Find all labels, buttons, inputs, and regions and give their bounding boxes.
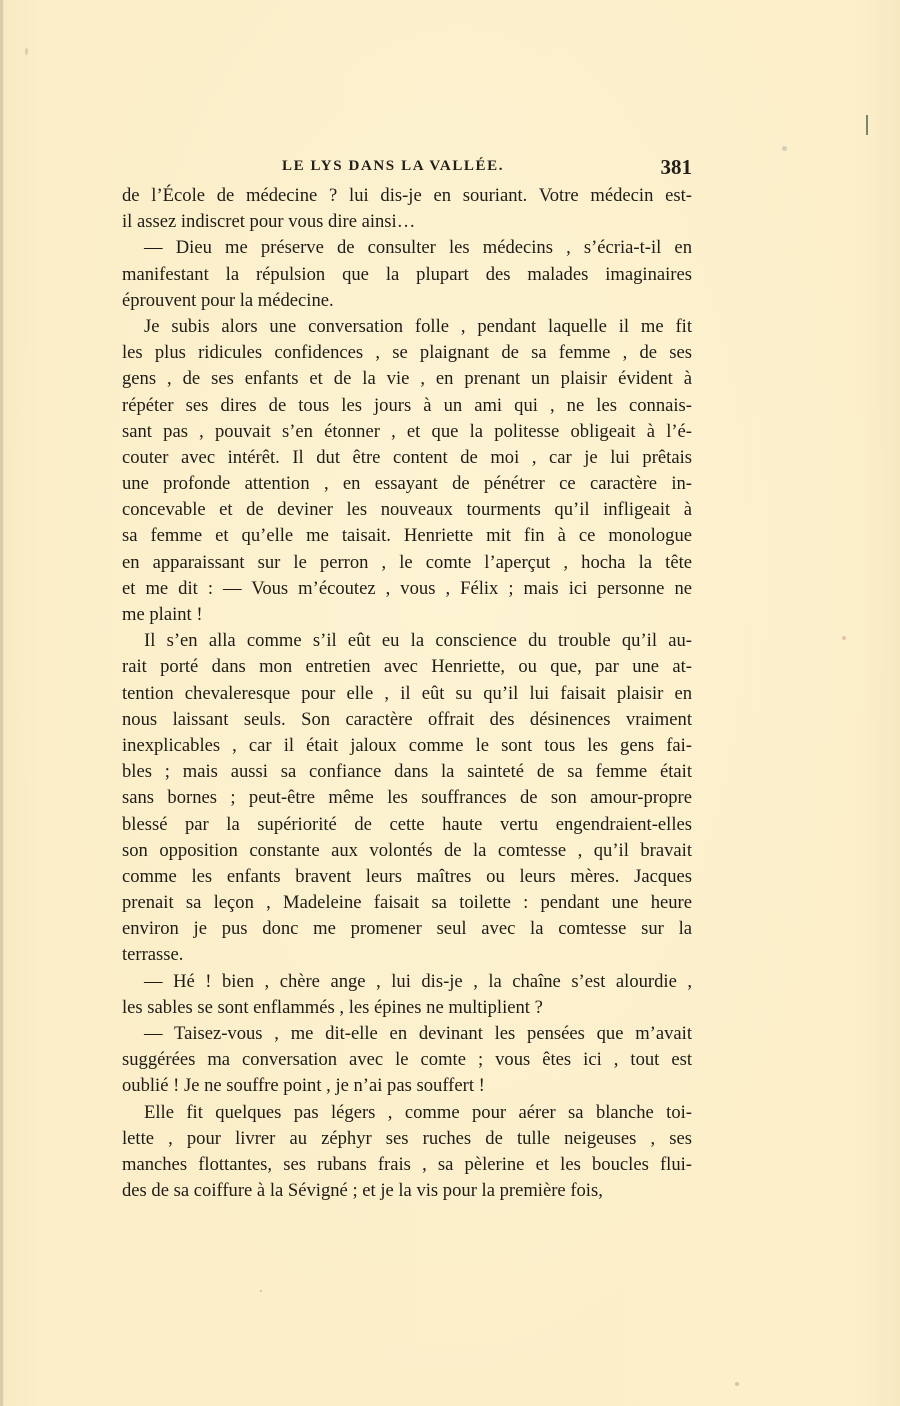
text-line: blessé par la supériorité de cette haute… [122,812,692,838]
text-line: — Hé ! bien , chère ange , lui dis-je , … [122,969,692,995]
text-line: et me dit : — Vous m’écoutez , vous , Fé… [122,576,692,602]
text-line: son opposition constante aux volontés de… [122,838,692,864]
text-line: éprouvent pour la médecine. [122,288,692,314]
text-line: il assez indiscret pour vous dire ainsi… [122,209,692,235]
text-line: nous laissant seuls. Son caractère offra… [122,707,692,733]
text-line: Je subis alors une conversation folle , … [122,314,692,340]
text-line: bles ; mais aussi sa confiance dans la s… [122,759,692,785]
text-line: une profonde attention , en essayant de … [122,471,692,497]
text-line: prenait sa leçon , Madeleine faisait sa … [122,890,692,916]
paragraph: — Taisez-vous , me dit-elle en devinant … [122,1021,692,1100]
text-line: lette , pour livrer au zéphyr ses ruches… [122,1126,692,1152]
text-line: sans bornes ; peut-être même les souffra… [122,785,692,811]
paragraph: Il s’en alla comme s’il eût eu la consci… [122,628,692,968]
text-line: manifestant la répulsion que la plupart … [122,262,692,288]
text-line: répéter ses dires de tous les jours à un… [122,393,692,419]
text-line: — Taisez-vous , me dit-elle en devinant … [122,1021,692,1047]
text-line: sant pas , pouvait s’en étonner , et que… [122,419,692,445]
paper-speck [782,146,787,151]
text-line: les sables se sont enflammés , les épine… [122,995,692,1021]
text-line: manches flottantes, ses rubans frais , s… [122,1152,692,1178]
text-line: en apparaissant sur le perron , le comte… [122,550,692,576]
text-line: tention chevaleresque pour elle , il eût… [122,681,692,707]
text-line: concevable et de deviner les nouveaux to… [122,497,692,523]
paper-speck [260,1290,262,1292]
text-line: me plaint ! [122,602,692,628]
paper-speck [735,1382,739,1386]
body-text: de l’École de médecine ? lui dis-je en s… [122,183,692,1204]
text-line: des de sa coiffure à la Sévigné ; et je … [122,1178,692,1204]
paragraph: — Hé ! bien , chère ange , lui dis-je , … [122,969,692,1021]
text-line: de l’École de médecine ? lui dis-je en s… [122,183,692,209]
running-title: Le lys dans la vallée. [282,158,504,175]
scanned-book-page: Le lys dans la vallée. 381 de l’École de… [0,0,900,1406]
text-line: oublié ! Je ne souffre point , je n’ai p… [122,1073,692,1099]
text-line: sa femme et qu’elle me taisait. Henriett… [122,523,692,549]
text-line: couter avec intérêt. Il dut être content… [122,445,692,471]
paragraph: Elle fit quelques pas légers , comme pou… [122,1100,692,1205]
text-line: — Dieu me préserve de consulter les méde… [122,235,692,261]
paragraph: de l’École de médecine ? lui dis-je en s… [122,183,692,235]
paragraph: Je subis alors une conversation folle , … [122,314,692,628]
margin-mark [866,115,868,135]
text-line: rait porté dans mon entretien avec Henri… [122,654,692,680]
text-line: environ je pus donc me promener seul ave… [122,916,692,942]
text-line: Il s’en alla comme s’il eût eu la consci… [122,628,692,654]
text-line: suggérées ma conversation avec le comte … [122,1047,692,1073]
text-line: comme les enfants bravent leurs maîtres … [122,864,692,890]
text-line: gens , de ses enfants et de la vie , en … [122,366,692,392]
paper-speck [25,48,28,55]
text-line: terrasse. [122,942,692,968]
text-line: Elle fit quelques pas légers , comme pou… [122,1100,692,1126]
paragraph: — Dieu me préserve de consulter les méde… [122,235,692,314]
page-left-edge [0,0,3,1406]
paper-speck [842,636,846,640]
text-line: inexplicables , car il était jaloux comm… [122,733,692,759]
page-number: 381 [661,155,693,180]
text-line: les plus ridicules confidences , se plai… [122,340,692,366]
running-head: Le lys dans la vallée. 381 [122,155,692,181]
